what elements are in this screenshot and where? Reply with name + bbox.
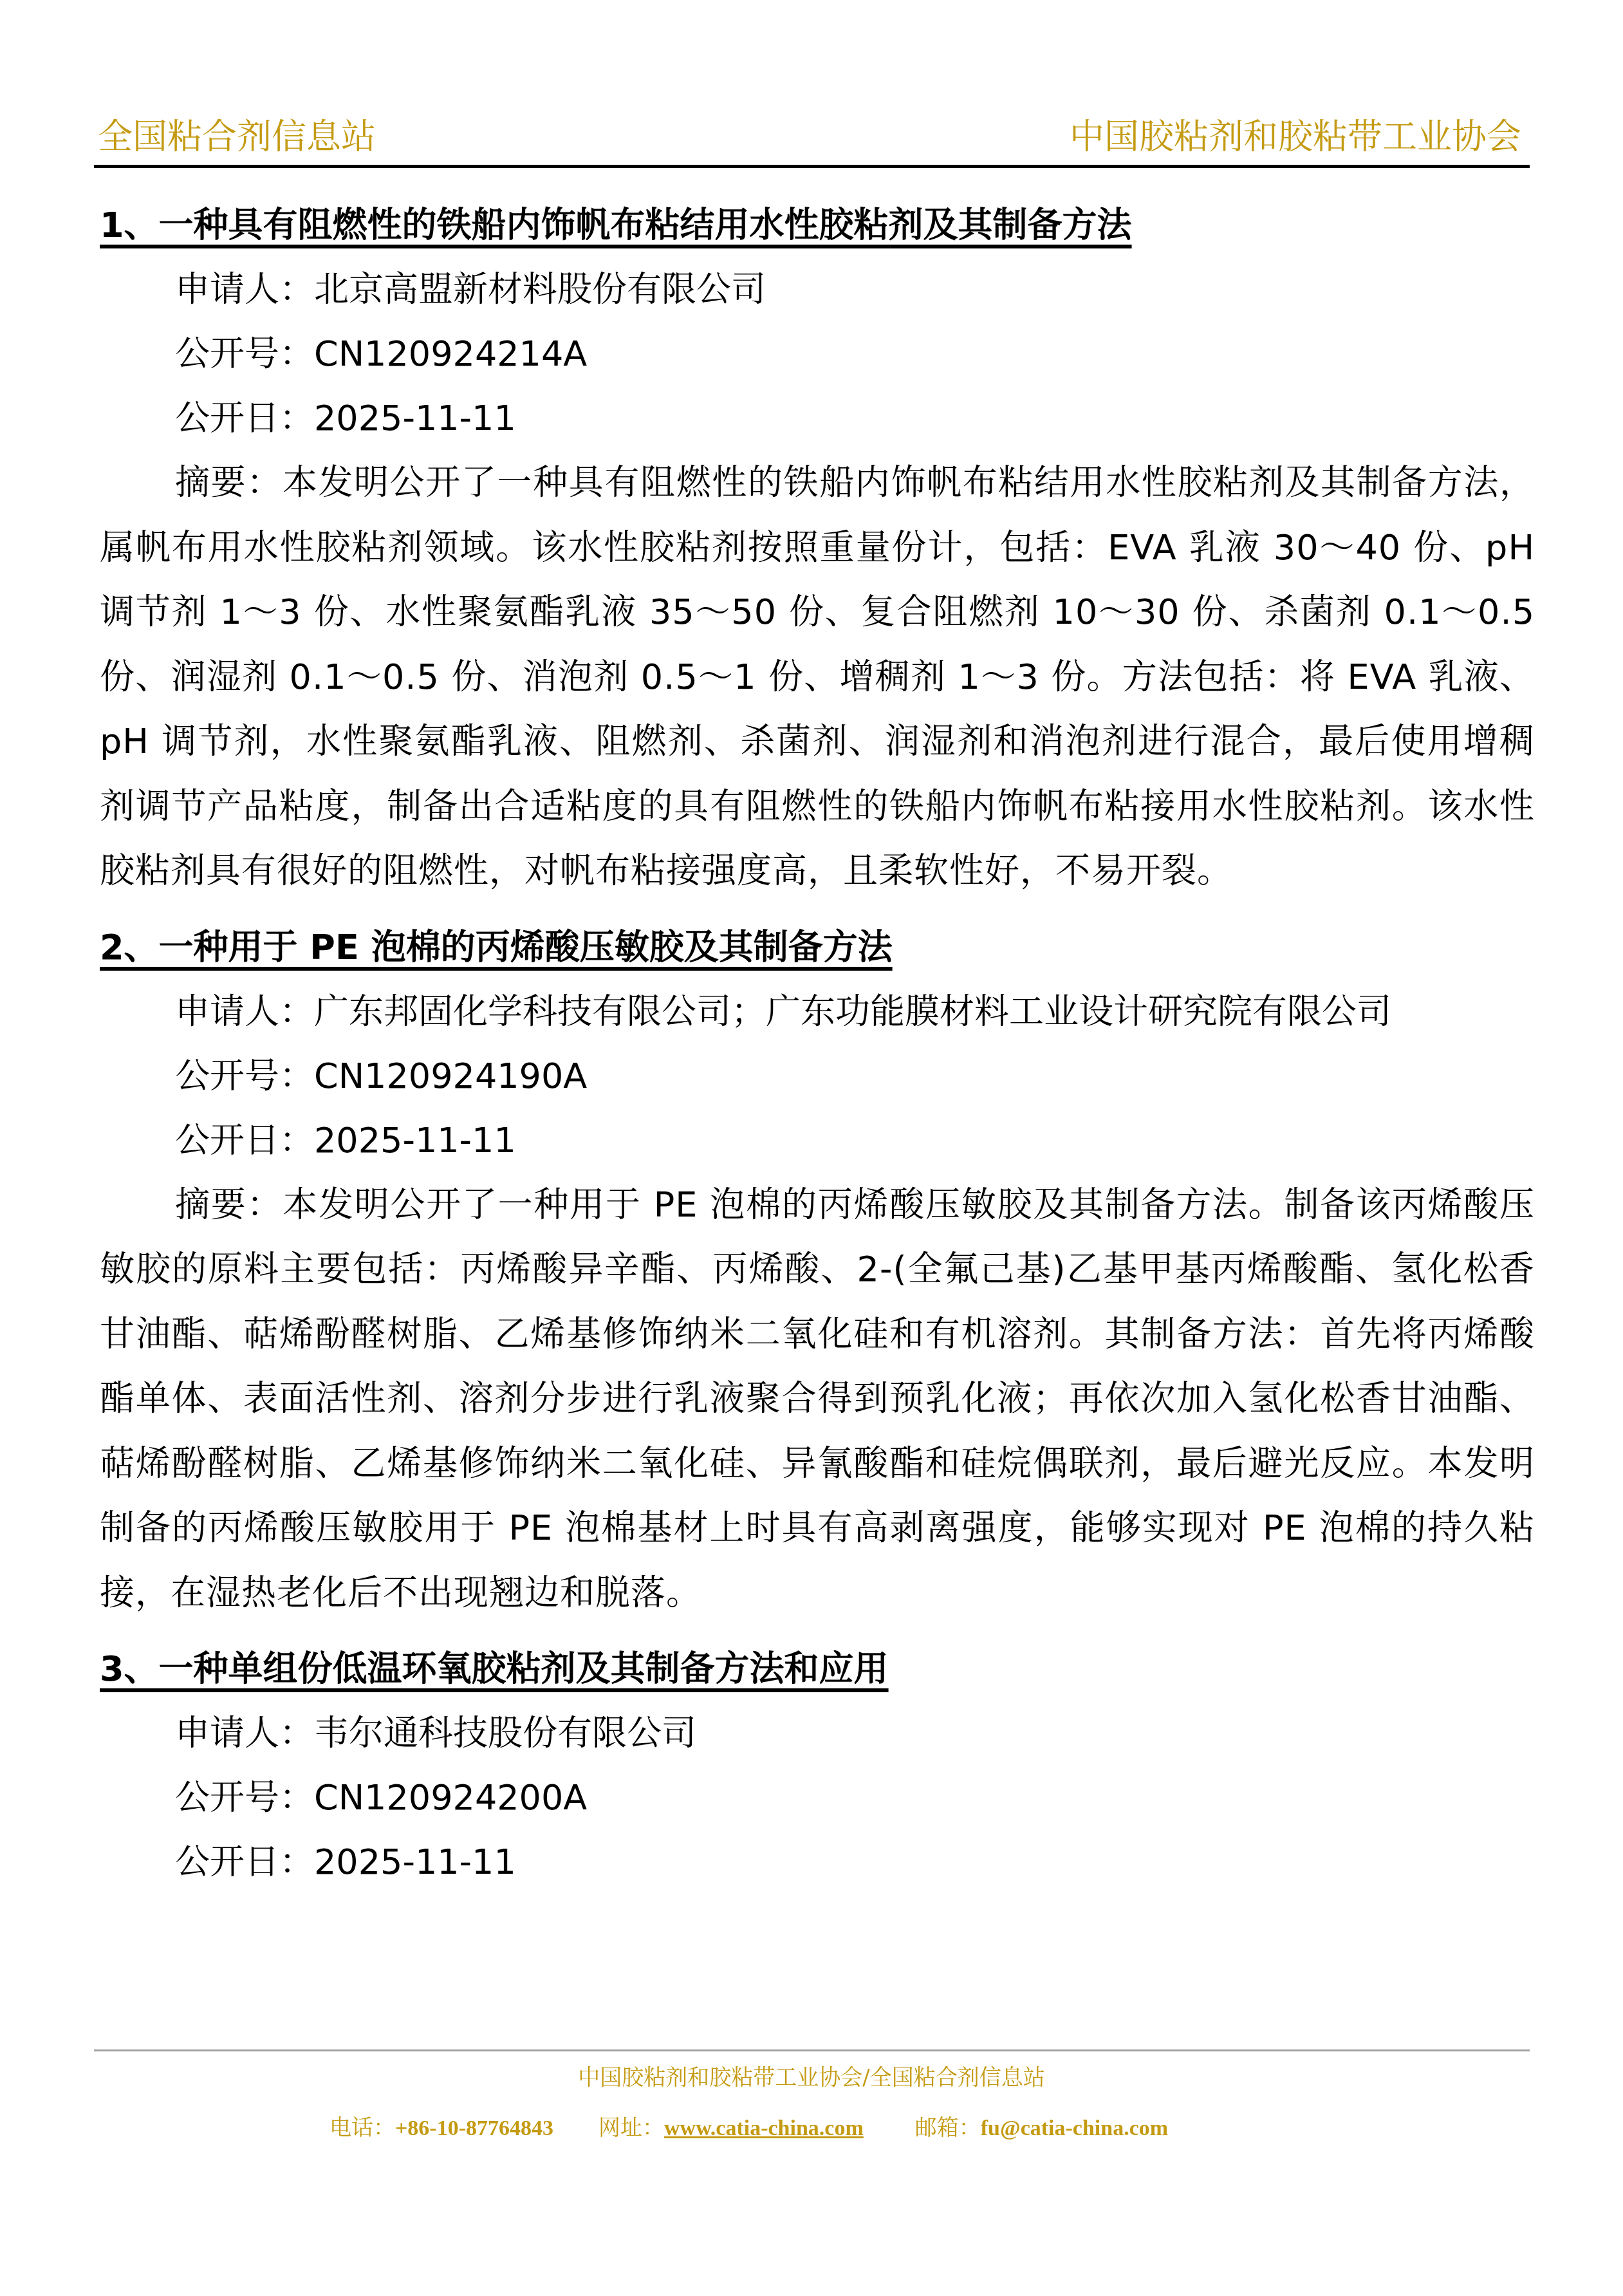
entry-title: 2、一种用于 PE 泡棉的丙烯酸压敏胶及其制备方法 — [100, 915, 1535, 980]
footer-contact-line: 电话：+86-10-87764843网址：www.catia-china.com… — [329, 2110, 1168, 2142]
pubno-value: CN120924200A — [314, 1777, 587, 1818]
pubno-value: CN120924214A — [314, 333, 587, 374]
pubdate-line: 公开日：2025-11-11 — [100, 386, 1535, 451]
website-link[interactable]: www.catia-china.com — [664, 2116, 915, 2140]
pubno-line: 公开号：CN120924200A — [100, 1766, 1535, 1830]
entry-title: 3、一种单组份低温环氧胶粘剂及其制备方法和应用 — [100, 1637, 1535, 1701]
document-body: 1、一种具有阻燃性的铁船内饰帆布粘结用水性胶粘剂及其制备方法 申请人：北京高盟新… — [100, 193, 1535, 1894]
email-label: 邮箱： — [915, 2115, 981, 2141]
footer-divider — [94, 2049, 1530, 2051]
applicant-line: 申请人：北京高盟新材料股份有限公司 — [100, 257, 1535, 322]
footer-org-line: 中国胶粘剂和胶粘带工业协会/全国粘合剂信息站 — [0, 2060, 1623, 2091]
abstract-text: 本发明公开了一种具有阻燃性的铁船内饰帆布粘结用水性胶粘剂及其制备方法，属帆布用水… — [100, 462, 1535, 891]
phone-number: +86-10-87764843 — [395, 2116, 553, 2140]
header-association-name: 中国胶粘剂和胶粘带工业协会 — [1070, 115, 1521, 160]
phone-label: 电话： — [329, 2115, 395, 2141]
applicant-line: 申请人：韦尔通科技股份有限公司 — [100, 1701, 1535, 1766]
email-address[interactable]: fu@catia-china.com — [981, 2116, 1168, 2140]
pubdate-value: 2025-11-11 — [314, 1842, 516, 1882]
pubno-line: 公开号：CN120924190A — [100, 1044, 1535, 1108]
entry-title: 1、一种具有阻燃性的铁船内饰帆布粘结用水性胶粘剂及其制备方法 — [100, 193, 1535, 257]
pubno-value: CN120924190A — [314, 1056, 587, 1096]
applicant-value: 北京高盟新材料股份有限公司 — [314, 269, 766, 310]
abstract-paragraph: 摘要：本发明公开了一种用于 PE 泡棉的丙烯酸压敏胶及其制备方法。制备该丙烯酸压… — [100, 1173, 1535, 1626]
patent-entry: 3、一种单组份低温环氧胶粘剂及其制备方法和应用 申请人：韦尔通科技股份有限公司 … — [100, 1637, 1535, 1894]
abstract-paragraph: 摘要：本发明公开了一种具有阻燃性的铁船内饰帆布粘结用水性胶粘剂及其制备方法，属帆… — [100, 451, 1535, 904]
website-label: 网址： — [598, 2115, 664, 2141]
pubdate-line: 公开日：2025-11-11 — [100, 1830, 1535, 1894]
abstract-text: 本发明公开了一种用于 PE 泡棉的丙烯酸压敏胶及其制备方法。制备该丙烯酸压敏胶的… — [100, 1184, 1535, 1613]
pubdate-line: 公开日：2025-11-11 — [100, 1108, 1535, 1173]
patent-entry: 1、一种具有阻燃性的铁船内饰帆布粘结用水性胶粘剂及其制备方法 申请人：北京高盟新… — [100, 193, 1535, 904]
applicant-line: 申请人：广东邦固化学科技有限公司；广东功能膜材料工业设计研究院有限公司 — [100, 980, 1535, 1044]
patent-entry: 2、一种用于 PE 泡棉的丙烯酸压敏胶及其制备方法 申请人：广东邦固化学科技有限… — [100, 915, 1535, 1626]
pubdate-value: 2025-11-11 — [314, 1120, 516, 1161]
applicant-value: 广东邦固化学科技有限公司；广东功能膜材料工业设计研究院有限公司 — [314, 991, 1391, 1032]
pubno-line: 公开号：CN120924214A — [100, 322, 1535, 386]
pubdate-value: 2025-11-11 — [314, 398, 516, 438]
header-divider — [94, 165, 1530, 168]
applicant-value: 韦尔通科技股份有限公司 — [314, 1713, 696, 1753]
header-site-name: 全国粘合剂信息站 — [98, 115, 376, 160]
